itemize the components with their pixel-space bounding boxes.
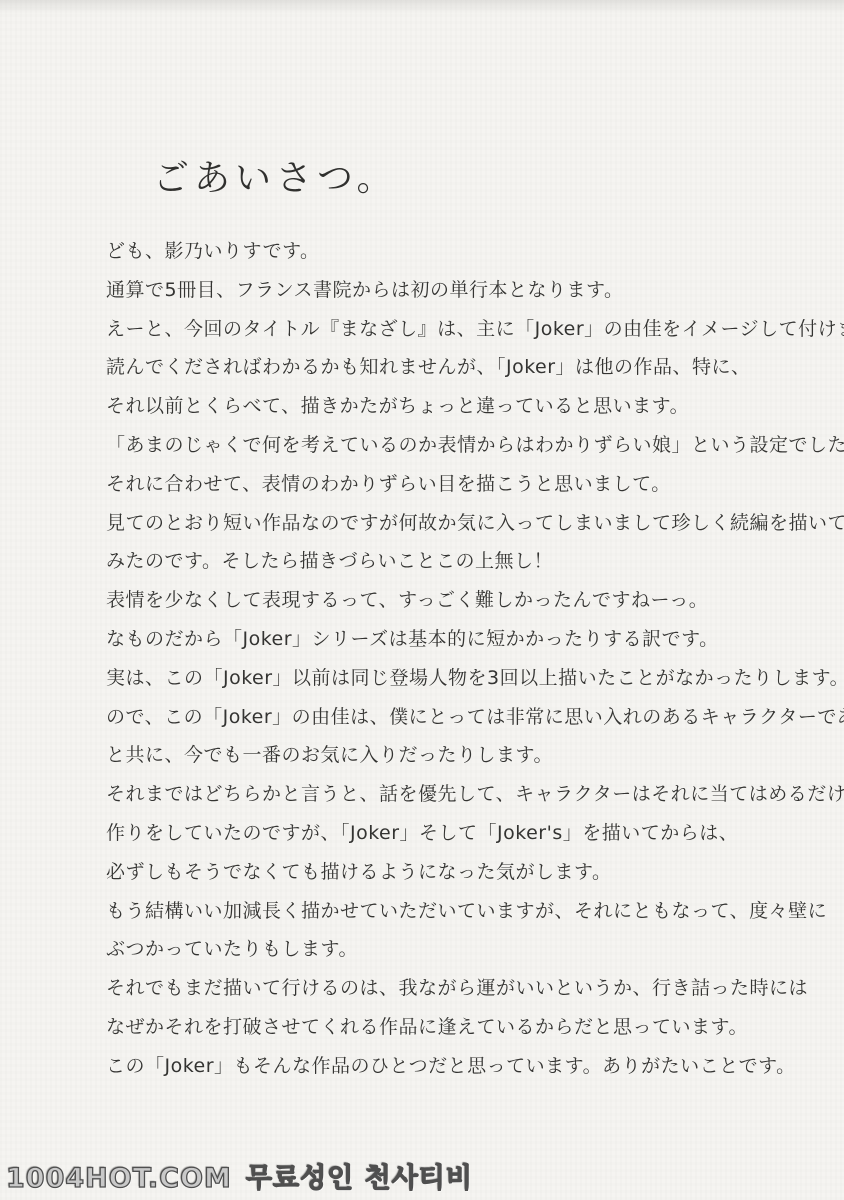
text-line: ので、この「Joker」の由佳は、僕にとっては非常に思い入れのあるキャラクターで… [106,698,818,737]
text-line: 「あまのじゃくで何を考えているのか表情からはわかりずらい娘」という設定でしたので… [106,426,818,465]
text-line: と共に、今でも一番のお気に入りだったりします。 [106,736,818,775]
text-line: えーと、今回のタイトル『まなざし』は、主に「Joker」の由佳をイメージして付け… [106,310,818,349]
text-line: 表情を少なくして表現するって、すっごく難しかったんですねーっ。 [106,581,818,620]
text-line: それでもまだ描いて行けるのは、我ながら運がいいというか、行き詰った時には [106,969,818,1008]
text-line: なものだから「Joker」シリーズは基本的に短かかったりする訳です。 [106,620,818,659]
text-line: それ以前とくらべて、描きかたがちょっと違っていると思います。 [106,387,818,426]
text-line: 必ずしもそうでなくても描けるようになった気がします。 [106,853,818,892]
text-line: 作りをしていたのですが、「Joker」そして「Joker's」を描いてからは、 [106,814,818,853]
text-line: なぜかそれを打破させてくれる作品に逢えているからだと思っています。 [106,1008,818,1047]
page-title: ごあいさつ。 [153,150,398,201]
text-line: 通算で5冊目、フランス書院からは初の単行本となります。 [106,271,818,310]
text-line: ぶつかっていたりもします。 [106,930,818,969]
afterword-text: ども、影乃いりすです。 通算で5冊目、フランス書院からは初の単行本となります。 … [106,232,818,1086]
text-line: ども、影乃いりすです。 [106,232,818,271]
watermark-korean-label: 무료성인 천사티비 [246,1163,473,1194]
text-line: 実は、この「Joker」以前は同じ登場人物を3回以上描いたことがなかったりします… [106,659,818,698]
text-line: 読んでくださればわかるかも知れませんが、「Joker」は他の作品、特に、 [106,348,818,387]
text-line: みたのです。そしたら描きづらいことこの上無し！ [106,542,818,581]
text-line: それに合わせて、表情のわかりずらい目を描こうと思いまして。 [106,465,818,504]
text-line: 見てのとおり短い作品なのですが何故か気に入ってしまいまして珍しく続編を描いて [106,504,818,543]
text-line: もう結構いい加減長く描かせていただいていますが、それにともなって、度々壁に [106,892,818,931]
watermark: 1004HOT.COM무료성인 천사티비 [6,1156,473,1195]
watermark-site-url: 1004HOT.COM [6,1163,232,1194]
scanned-page: ごあいさつ。 ども、影乃いりすです。 通算で5冊目、フランス書院からは初の単行本… [0,0,844,1200]
text-line: この「Joker」もそんな作品のひとつだと思っています。ありがたいことです。 [106,1047,818,1086]
text-line: それまではどちらかと言うと、話を優先して、キャラクターはそれに当てはめるだけ、と… [106,775,818,814]
